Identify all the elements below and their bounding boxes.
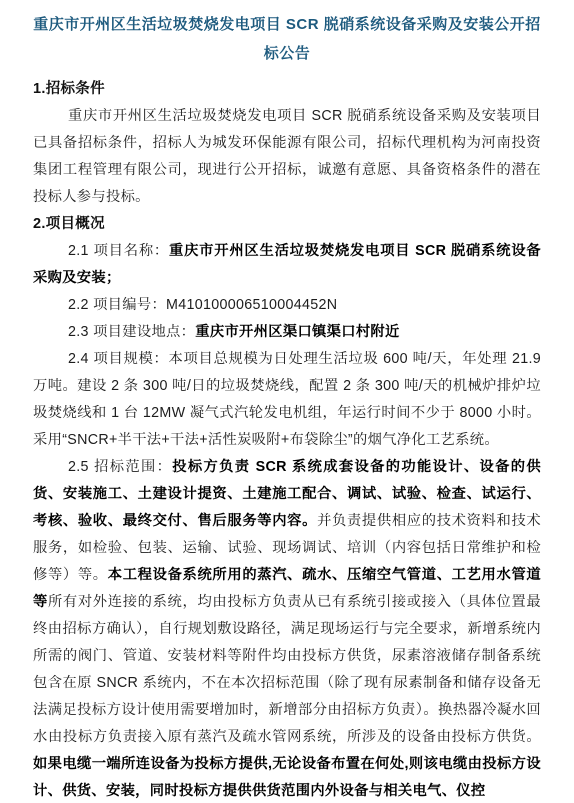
- document-page: 重庆市开州区生活垃圾焚烧发电项目 SCR 脱硝系统设备采购及安装公开招标公告 1…: [0, 0, 574, 803]
- document-title: 重庆市开州区生活垃圾焚烧发电项目 SCR 脱硝系统设备采购及安装公开招标公告: [33, 10, 541, 68]
- text-run: 重庆市开州区渠口镇渠口村附近: [195, 324, 399, 340]
- paragraph-project-scale: 2.4 项目规模：本项目总规模为日处理生活垃圾 600 吨/天，年处理 21.9…: [33, 346, 541, 454]
- paragraph-project-name: 2.1 项目名称：重庆市开州区生活垃圾焚烧发电项目 SCR 脱硝系统设备采购及安…: [33, 238, 541, 292]
- text-run: 2.3 项目建设地点：: [68, 324, 195, 340]
- paragraph-tender-scope: 2.5 招标范围：投标方负责 SCR 系统成套设备的功能设计、设备的供货、安装施…: [33, 454, 541, 803]
- text-run: 2.4 项目规模：本项目总规模为日处理生活垃圾 600 吨/天，年处理 21.9…: [33, 351, 541, 448]
- text-run: 所有对外连接的系统，均由投标方负责从已有系统引接或接入（具体位置最终由招标方确认…: [33, 594, 541, 745]
- text-run: 重庆市开州区生活垃圾焚烧发电项目 SCR 脱硝系统设备采购及安装项目已具备招标条…: [33, 108, 541, 205]
- paragraph-project-number: 2.2 项目编号：M410100006510004452N: [33, 292, 541, 319]
- text-run: 如果电缆一端所连设备为投标方提供,无论设备布置在何处,则该电缆由投标方设计、供货…: [33, 756, 541, 799]
- paragraph-tender-conditions: 重庆市开州区生活垃圾焚烧发电项目 SCR 脱硝系统设备采购及安装项目已具备招标条…: [33, 103, 541, 211]
- section-heading-tender-conditions: 1.招标条件: [33, 76, 541, 103]
- text-run: 2.1 项目名称：: [68, 243, 169, 259]
- text-run: 2.5 招标范围：: [68, 459, 172, 475]
- paragraph-project-location: 2.3 项目建设地点：重庆市开州区渠口镇渠口村附近: [33, 319, 541, 346]
- text-run: 2.2 项目编号：M410100006510004452N: [68, 297, 337, 313]
- section-heading-project-overview: 2.项目概况: [33, 211, 541, 238]
